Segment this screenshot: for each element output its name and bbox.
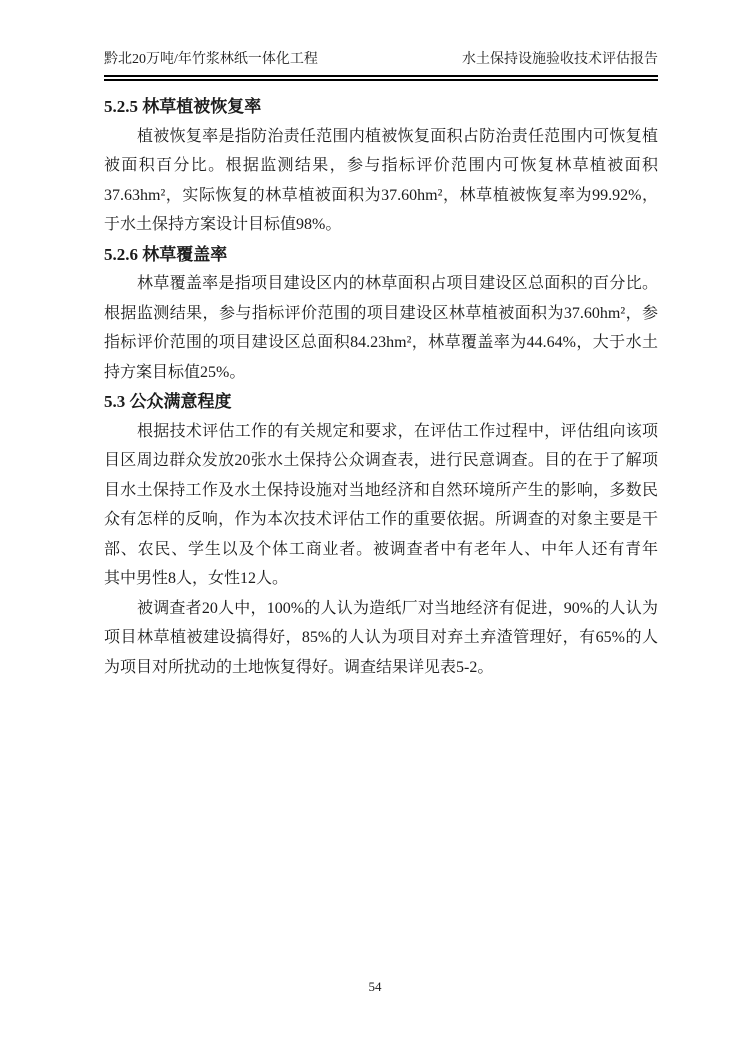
section-heading-5-2-5: 5.2.5 林草植被恢复率 bbox=[104, 92, 658, 122]
document-line: 项目林草植被建设搞得好，85%的人认为项目对弃土弃渣管理好，有65%的人认 bbox=[104, 623, 658, 653]
document-line: 被面积百分比。根据监测结果，参与指标评价范围内可恢复林草植被面积 bbox=[104, 151, 658, 181]
header-double-rule bbox=[104, 75, 658, 81]
document-line: 于水土保持方案设计目标值98%。 bbox=[104, 210, 658, 240]
page-header: 黔北20万吨/年竹浆林纸一体化工程 水土保持设施验收技术评估报告 bbox=[104, 51, 658, 69]
document-line: 被调查者20人中，100%的人认为造纸厂对当地经济有促进，90%的人认为 bbox=[104, 594, 658, 624]
section-heading-5-2-6: 5.2.6 林草覆盖率 bbox=[104, 240, 658, 270]
header-right-title: 水土保持设施验收技术评估报告 bbox=[462, 51, 658, 69]
document-line: 37.63hm²，实际恢复的林草植被面积为37.60hm²，林草植被恢复率为99… bbox=[104, 181, 658, 211]
document-line: 根据技术评估工作的有关规定和要求，在评估工作过程中，评估组向该项 bbox=[104, 417, 658, 447]
section-heading-5-3: 5.3 公众满意程度 bbox=[104, 387, 658, 417]
document-page: 黔北20万吨/年竹浆林纸一体化工程 水土保持设施验收技术评估报告 5.2.5 林… bbox=[0, 0, 750, 1061]
document-line: 植被恢复率是指防治责任范围内植被恢复面积占防治责任范围内可恢复植 bbox=[104, 122, 658, 152]
document-line: 根据监测结果，参与指标评价范围的项目建设区林草植被面积为37.60hm²，参与 bbox=[104, 299, 658, 329]
page-number: 54 bbox=[369, 979, 382, 994]
header-left-title: 黔北20万吨/年竹浆林纸一体化工程 bbox=[104, 51, 318, 69]
document-body: 5.2.5 林草植被恢复率 植被恢复率是指防治责任范围内植被恢复面积占防治责任范… bbox=[104, 92, 658, 682]
document-line: 其中男性8人，女性12人。 bbox=[104, 564, 658, 594]
document-line: 众有怎样的反响，作为本次技术评估工作的重要依据。所调查的对象主要是干 bbox=[104, 505, 658, 535]
document-line: 持方案目标值25%。 bbox=[104, 358, 658, 388]
page-footer: 54 bbox=[0, 979, 750, 995]
document-line: 为项目对所扰动的土地恢复得好。调查结果详见表5-2。 bbox=[104, 653, 658, 683]
document-line: 目水土保持工作及水土保持设施对当地经济和自然环境所产生的影响，多数民 bbox=[104, 476, 658, 506]
document-line: 林草覆盖率是指项目建设区内的林草面积占项目建设区总面积的百分比。 bbox=[104, 269, 658, 299]
document-line: 指标评价范围的项目建设区总面积84.23hm²，林草覆盖率为44.64%，大于水… bbox=[104, 328, 658, 358]
document-line: 部、农民、学生以及个体工商业者。被调查者中有老年人、中年人还有青年人。 bbox=[104, 535, 658, 565]
document-line: 目区周边群众发放20张水土保持公众调查表，进行民意调查。目的在于了解项 bbox=[104, 446, 658, 476]
